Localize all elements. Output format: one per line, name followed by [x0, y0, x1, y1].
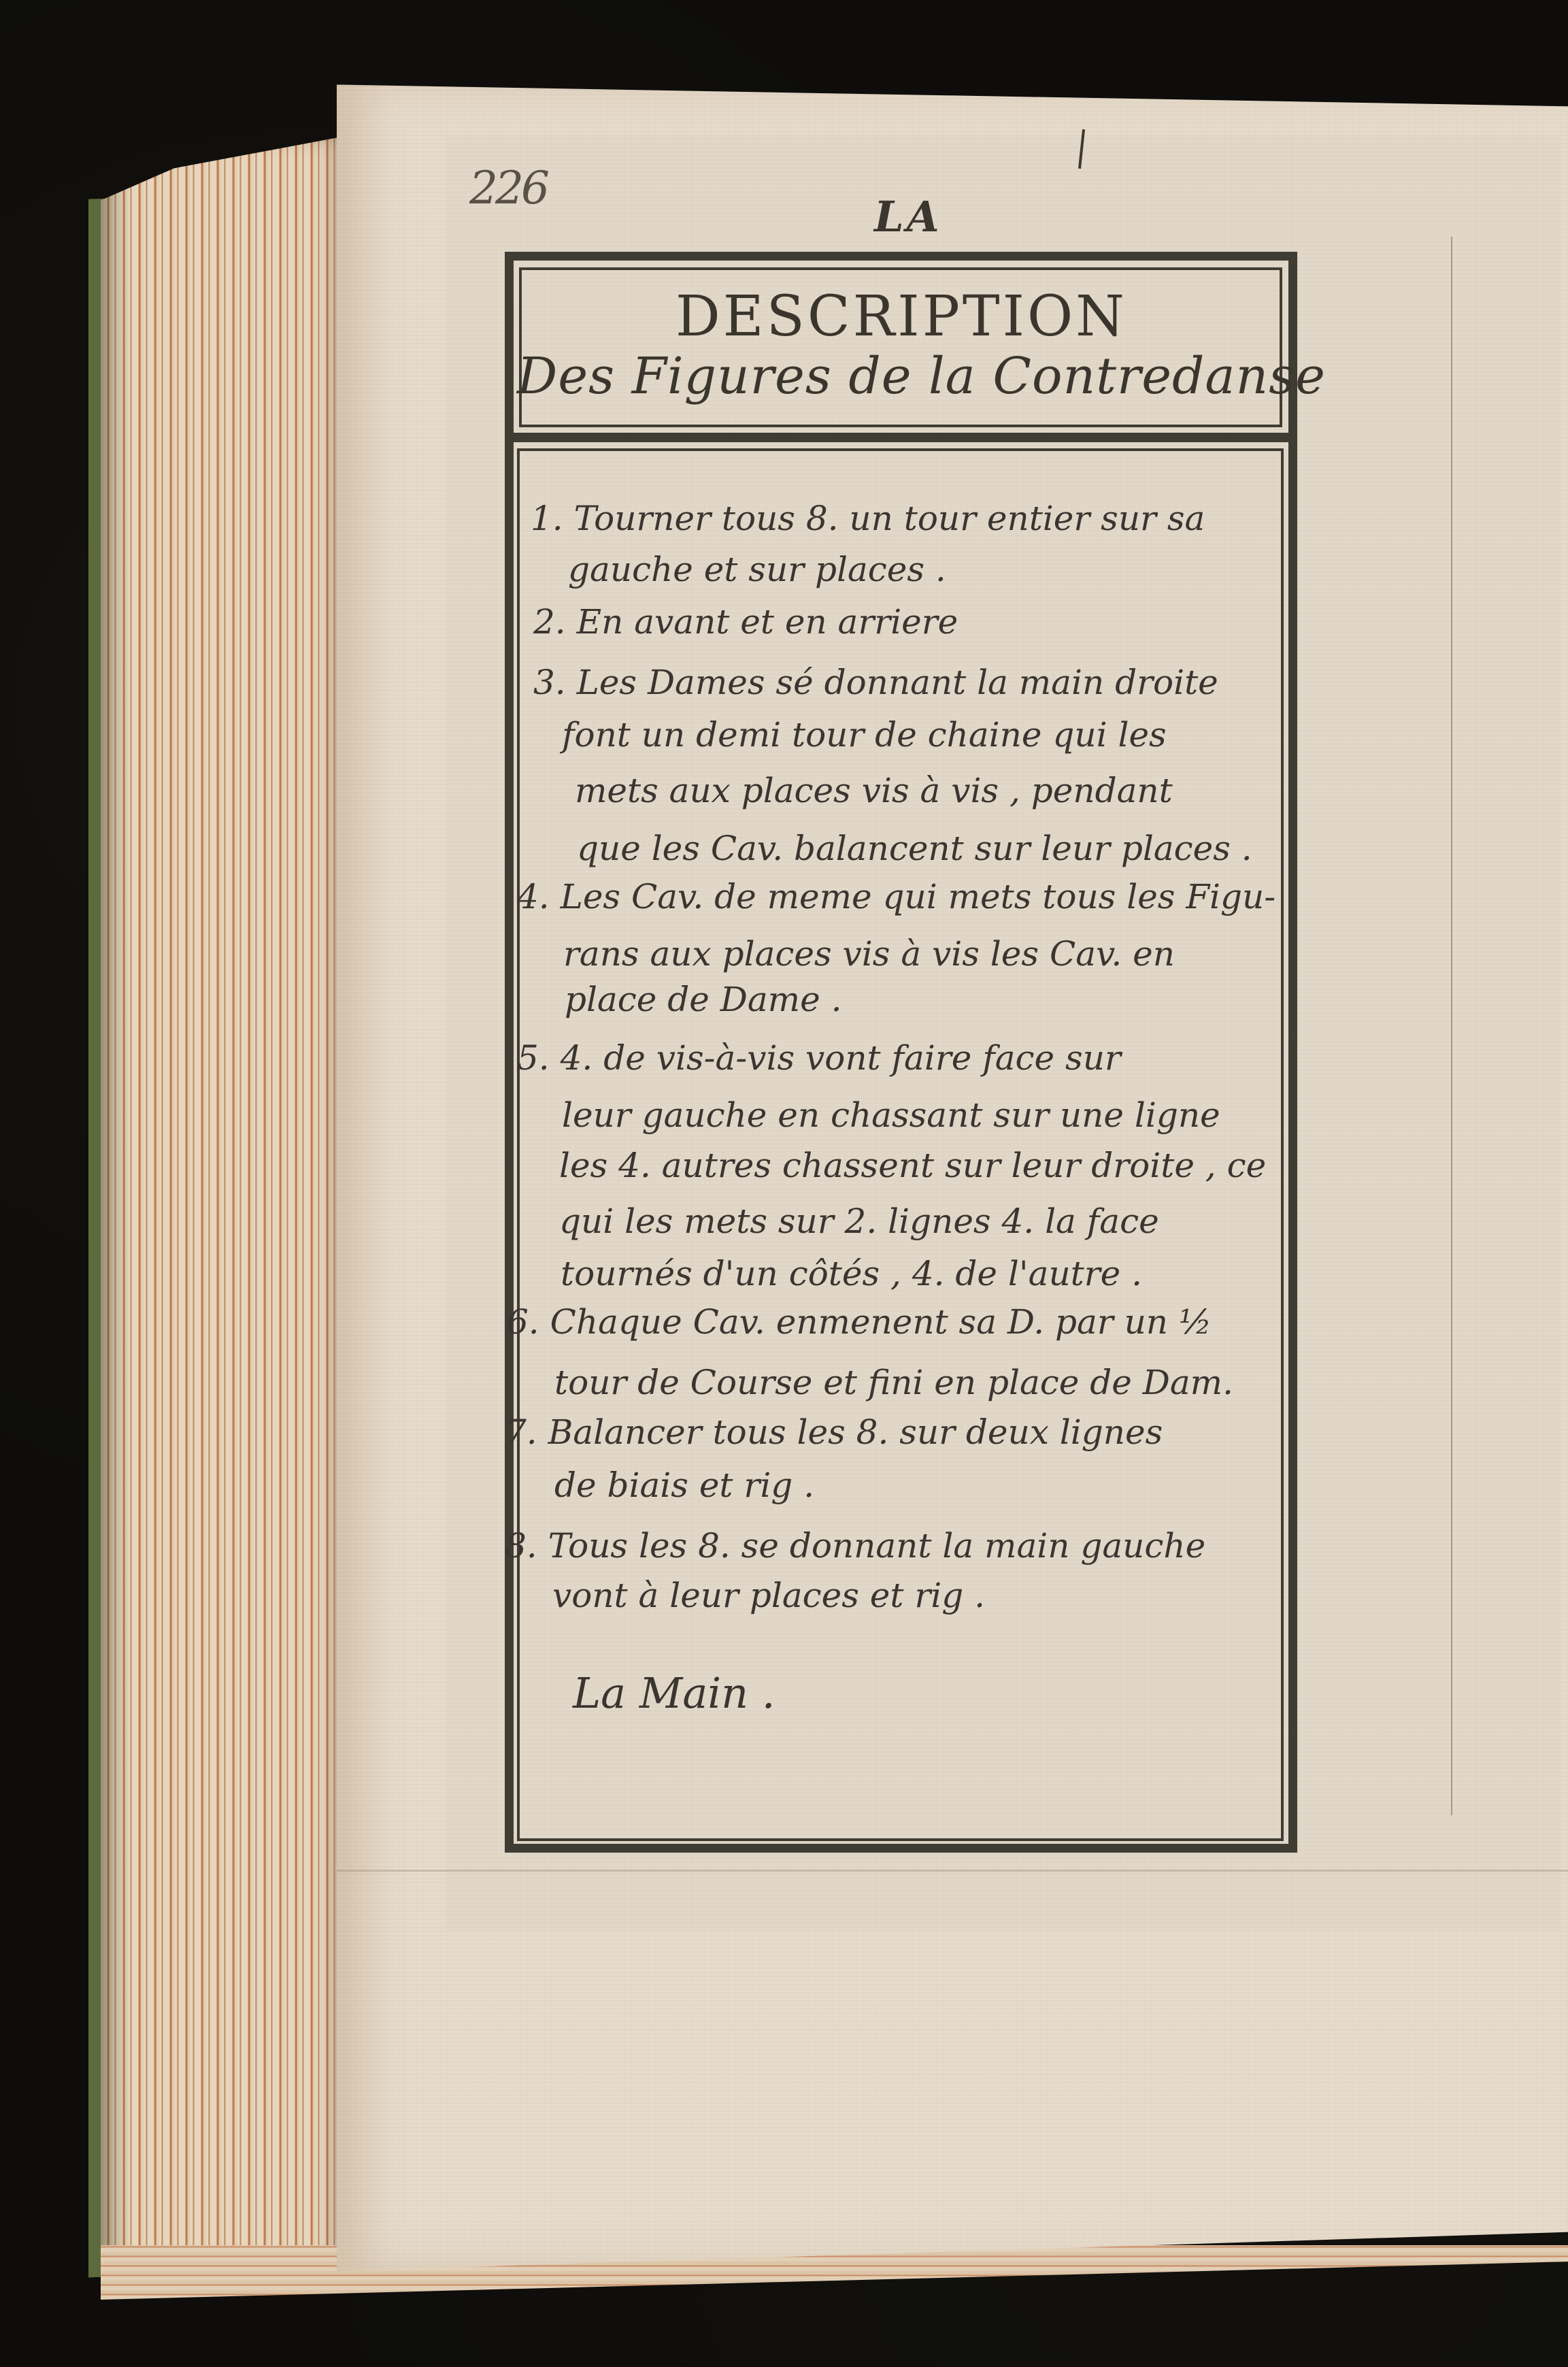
figure-5-line-5: tournés d'un côtés , 4. de l'autre .	[561, 1257, 1142, 1291]
figure-8-line-2: vont à leur places et rig .	[552, 1578, 985, 1612]
figure-text: Balancer tous les 8. sur deux lignes	[548, 1412, 1163, 1452]
figure-5-line-2: leur gauche en chassant sur une ligne	[562, 1098, 1220, 1132]
figure-3-line-1: 3. Les Dames sé donnant la main droite	[533, 665, 1218, 699]
figure-1-line-1: 1. Tourner tous 8. un tour entier sur sa	[531, 501, 1205, 535]
figure-2-line-1: 2. En avant et en arriere	[533, 605, 958, 639]
fold-line	[337, 1870, 1568, 1872]
handwritten-page-number: 226	[469, 162, 547, 214]
figure-text: Les Cav. de meme qui mets tous les Figu-	[561, 877, 1276, 916]
figure-number: 6.	[507, 1305, 539, 1339]
figure-text: 4. de vis-à-vis vont faire face sur	[561, 1038, 1121, 1078]
figure-7-line-2: de biais et rig .	[554, 1468, 814, 1502]
figure-5-line-1: 5. 4. de vis-à-vis vont faire face sur	[517, 1041, 1121, 1075]
figure-8-line-1: 8. Tous les 8. se donnant la main gauche	[505, 1529, 1205, 1563]
page-subtitle: Des Figures de la Contredanse	[517, 347, 1286, 405]
figure-3-line-2: font un demi tour de chaine qui les	[562, 718, 1167, 752]
figure-7-line-1: 7. Balancer tous les 8. sur deux lignes	[505, 1415, 1163, 1449]
figure-4-line-2: rans aux places vis à vis les Cav. en	[563, 937, 1175, 971]
figure-number: 3.	[533, 665, 566, 699]
figure-1-line-2: gauche et sur places .	[568, 552, 946, 586]
figure-number: 1.	[531, 501, 563, 535]
figure-3-line-3: mets aux places vis à vis , pendant	[575, 774, 1173, 808]
figure-6-line-1: 6. Chaque Cav. enmenent sa D. par un ½	[507, 1305, 1212, 1339]
figure-3-line-4: que les Cav. balancent sur leur places .	[577, 831, 1252, 865]
figure-4-line-3: place de Dame .	[565, 982, 841, 1016]
page-title: DESCRIPTION	[517, 284, 1286, 349]
body-box-inner-border	[517, 448, 1284, 1841]
page-stack-shade	[101, 136, 346, 2279]
figure-number: 8.	[505, 1529, 537, 1563]
figure-text: Les Dames sé donnant la main droite	[577, 663, 1218, 702]
title-divider-rule	[505, 433, 1297, 442]
figure-5-line-3: les 4. autres chassent sur leur droite ,…	[559, 1148, 1266, 1182]
figure-text: Tourner tous 8. un tour entier sur sa	[574, 499, 1205, 538]
figure-text: Chaque Cav. enmenent sa D. par un ½	[550, 1302, 1212, 1342]
figure-text: Tous les 8. se donnant la main gauche	[548, 1526, 1206, 1566]
figure-4-line-1: 4. Les Cav. de meme qui mets tous les Fi…	[517, 880, 1275, 914]
figure-number: 4.	[517, 880, 550, 914]
figure-5-line-4: qui les mets sur 2. lignes 4. la face	[559, 1204, 1159, 1238]
engraver-signature: La Main .	[573, 1668, 775, 1718]
right-margin-pencil-line	[1451, 237, 1452, 1815]
figure-number: 2.	[533, 605, 566, 639]
figure-number: 7.	[505, 1415, 537, 1449]
catchword: LA	[874, 192, 942, 242]
figure-text: En avant et en arriere	[577, 602, 958, 642]
figure-6-line-2: tour de Course et fini en place de Dam.	[554, 1365, 1233, 1400]
figure-number: 5.	[517, 1041, 550, 1075]
